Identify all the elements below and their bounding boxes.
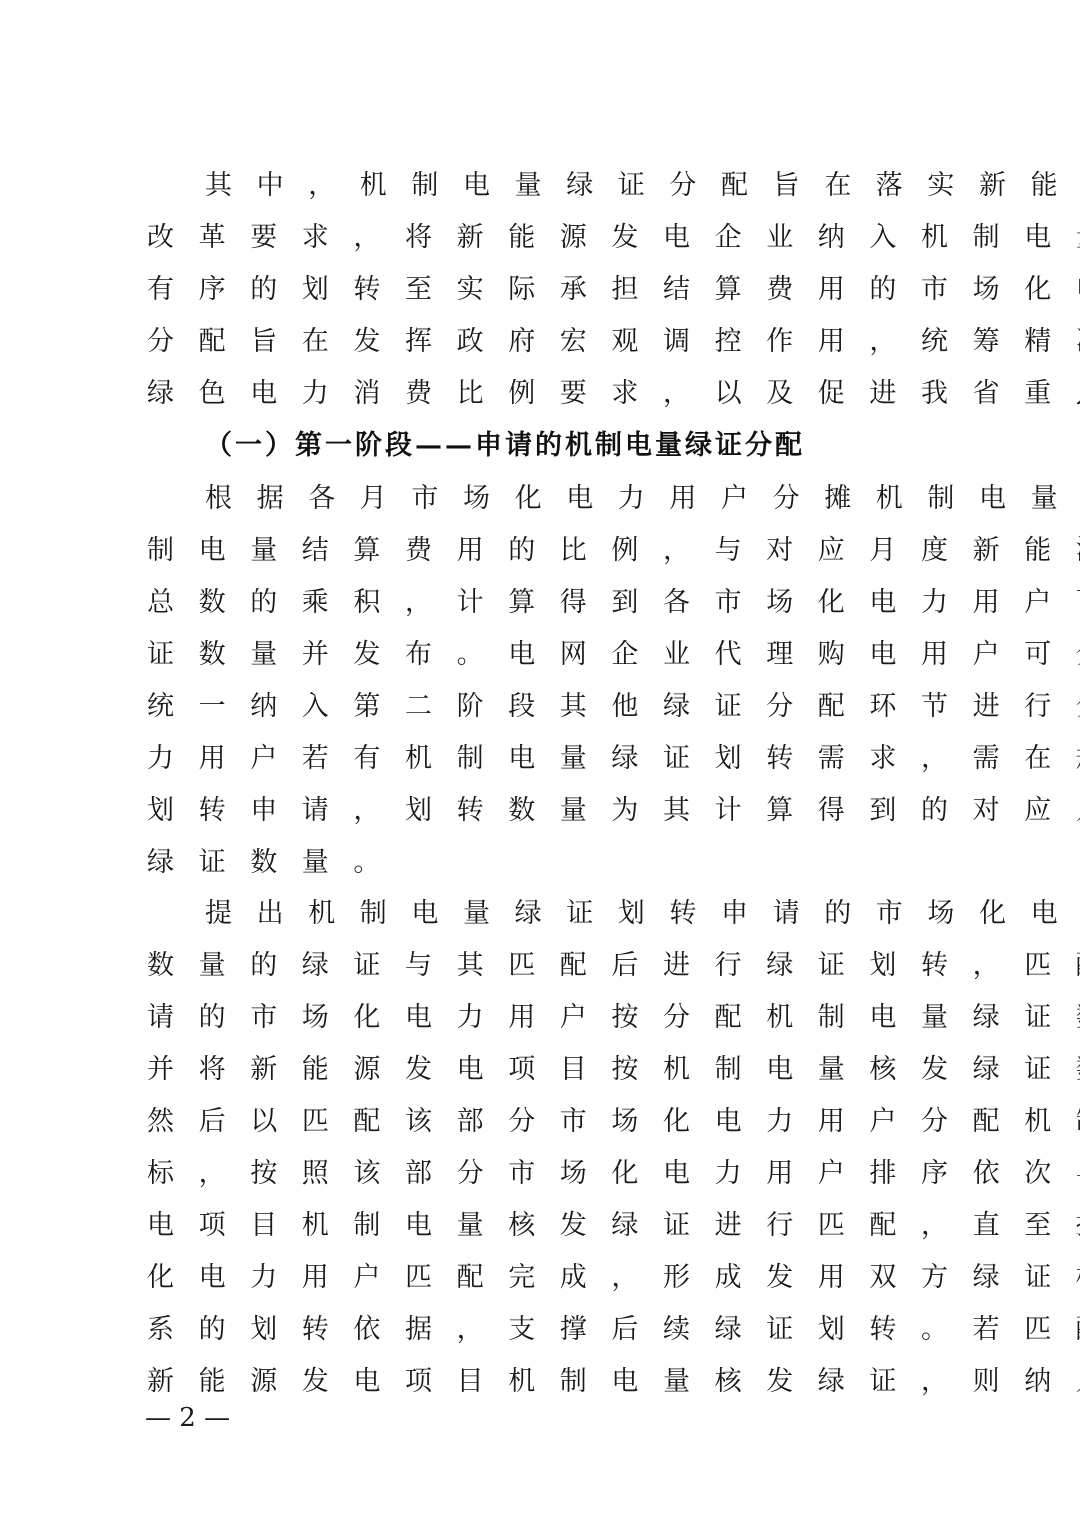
- document-page: 其中，机制电量绿证分配旨在落实新能源上网电价市场化 改革要求，将新能源发电企业纳…: [0, 0, 1080, 1527]
- paragraph-1-line-4: 分配旨在发挥政府宏观调控作用，统筹精准支持重点行业企业: [147, 322, 947, 362]
- paragraph-2-line-7: 划转申请，划转数量为其计算得到的对应月度可分配机制电量: [147, 791, 947, 831]
- paragraph-2-line-2: 制电量结算费用的比例，与对应月度新能源机制电量核发绿证: [147, 531, 947, 571]
- paragraph-1-line-3: 有序的划转至实际承担结算费用的市场化电力用户；其他绿证: [147, 270, 947, 310]
- paragraph-2-line-6: 力用户若有机制电量绿证划转需求，需在规定时限内提交绿证: [147, 739, 947, 779]
- paragraph-1-line-1: 其中，机制电量绿证分配旨在落实新能源上网电价市场化: [205, 166, 1005, 206]
- paragraph-3-line-10: 新能源发电项目机制电量核发绿证，则纳入第二阶段其他绿证: [147, 1362, 947, 1402]
- paragraph-2-line-4: 证数量并发布。电网企业代理购电用户可分配的机制电量绿证: [147, 635, 947, 675]
- paragraph-3-line-4: 并将新能源发电项目按机制电量核发绿证数量由大到小排序，: [147, 1050, 947, 1090]
- paragraph-3-line-9: 系的划转依据，支撑后续绿证划转。若匹配完成后仍有剩余的: [147, 1310, 947, 1350]
- paragraph-2-line-1: 根据各月市场化电力用户分摊机制电量结算费用占全部机: [205, 479, 1005, 519]
- paragraph-3-line-7: 电项目机制电量核发绿证进行匹配，直至排在最后一位的市场: [147, 1206, 947, 1246]
- paragraph-3-line-3: 请的市场化电力用户按分配机制电量绿证数量由大到小排序，: [147, 998, 947, 1038]
- page-number: — 2 —: [145, 1400, 230, 1436]
- paragraph-2-line-8: 绿证数量。: [147, 843, 947, 883]
- paragraph-1-line-2: 改革要求，将新能源发电企业纳入机制电量对应的绿证公平、: [147, 218, 947, 258]
- paragraph-2-line-5: 统一纳入第二阶段其他绿证分配环节进行分配。其他市场化电: [147, 687, 947, 727]
- paragraph-3-line-6: 标，按照该部分市场化电力用户排序依次与排序后的新能源发: [147, 1154, 947, 1194]
- paragraph-2-line-3: 总数的乘积，计算得到各市场化电力用户可分配的机制电量绿: [147, 583, 947, 623]
- paragraph-3-line-2: 数量的绿证与其匹配后进行绿证划转，匹配方式为：将提出申: [147, 946, 947, 986]
- paragraph-3-line-1: 提出机制电量绿证划转申请的市场化电力用户，需将相应: [205, 894, 1005, 934]
- paragraph-1-line-5: 绿色电力消费比例要求，以及促进我省重点产业绿色低碳发展。: [147, 374, 947, 414]
- paragraph-3-line-5: 然后以匹配该部分市场化电力用户分配机制电量绿证数量为目: [147, 1102, 947, 1142]
- paragraph-3-line-8: 化电力用户匹配完成，形成发用双方绿证核发数量以及对应关: [147, 1258, 947, 1298]
- section-heading: （一）第一阶段——申请的机制电量绿证分配: [205, 426, 1005, 466]
